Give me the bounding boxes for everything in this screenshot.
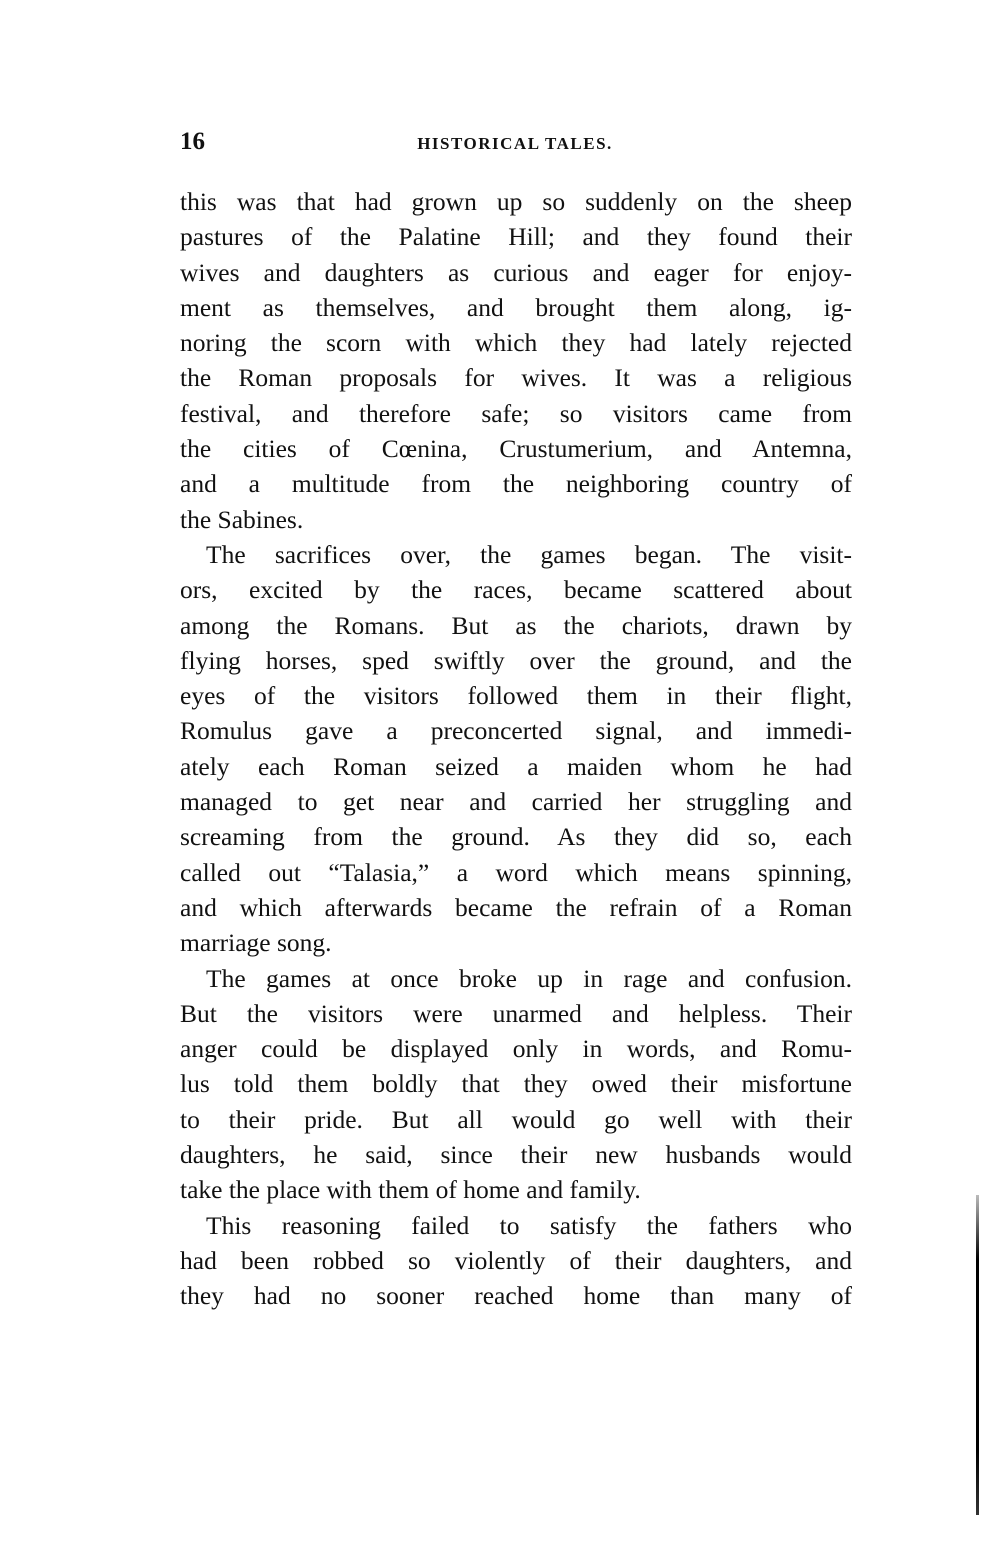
- text-line: screaming from the ground. As they did s…: [180, 819, 852, 854]
- text-line: and a multitude from the neighboring cou…: [180, 466, 852, 501]
- text-line: daughters, he said, since their new husb…: [180, 1137, 852, 1172]
- text-line: But the visitors were unarmed and helple…: [180, 996, 852, 1031]
- text-line: to their pride. But all would go well wi…: [180, 1102, 852, 1137]
- text-line: the cities of Cœnina, Crustumerium, and …: [180, 431, 852, 466]
- text-line: ment as themselves, and brought them alo…: [180, 290, 852, 325]
- paragraph: this was that had grown up so suddenly o…: [180, 184, 852, 537]
- running-head: HISTORICAL TALES.: [180, 134, 850, 154]
- page-header: 16 HISTORICAL TALES.: [180, 128, 850, 164]
- text-line: eyes of the visitors followed them in th…: [180, 678, 852, 713]
- text-line: This reasoning failed to satisfy the fat…: [180, 1208, 852, 1243]
- text-line: The games at once broke up in rage and c…: [180, 961, 852, 996]
- text-line: managed to get near and carried her stru…: [180, 784, 852, 819]
- text-line: The sacrifices over, the games began. Th…: [180, 537, 852, 572]
- text-line: this was that had grown up so suddenly o…: [180, 184, 852, 219]
- text-line: festival, and therefore safe; so visitor…: [180, 396, 852, 431]
- text-line: the Roman proposals for wives. It was a …: [180, 360, 852, 395]
- text-line: lus told them boldly that they owed thei…: [180, 1066, 852, 1101]
- text-line: flying horses, sped swiftly over the gro…: [180, 643, 852, 678]
- text-line: among the Romans. But as the chariots, d…: [180, 608, 852, 643]
- text-line: called out “Talasia,” a word which means…: [180, 855, 852, 890]
- page-binding-edge: [976, 1195, 979, 1515]
- text-line: and which afterwards became the refrain …: [180, 890, 852, 925]
- text-line: ately each Roman seized a maiden whom he…: [180, 749, 852, 784]
- text-line: wives and daughters as curious and eager…: [180, 255, 852, 290]
- text-line: anger could be displayed only in words, …: [180, 1031, 852, 1066]
- text-line: the Sabines.: [180, 502, 852, 537]
- body-text: this was that had grown up so suddenly o…: [180, 184, 852, 1314]
- paragraph: The games at once broke up in rage and c…: [180, 961, 852, 1208]
- text-line: marriage song.: [180, 925, 852, 960]
- paragraph: This reasoning failed to satisfy the fat…: [180, 1208, 852, 1314]
- text-line: ors, excited by the races, became scatte…: [180, 572, 852, 607]
- text-line: had been robbed so violently of their da…: [180, 1243, 852, 1278]
- text-line: they had no sooner reached home than man…: [180, 1278, 852, 1313]
- text-line: pastures of the Palatine Hill; and they …: [180, 219, 852, 254]
- paragraph: The sacrifices over, the games began. Th…: [180, 537, 852, 961]
- text-line: noring the scorn with which they had lat…: [180, 325, 852, 360]
- text-line: take the place with them of home and fam…: [180, 1172, 852, 1207]
- text-line: Romulus gave a preconcerted signal, and …: [180, 713, 852, 748]
